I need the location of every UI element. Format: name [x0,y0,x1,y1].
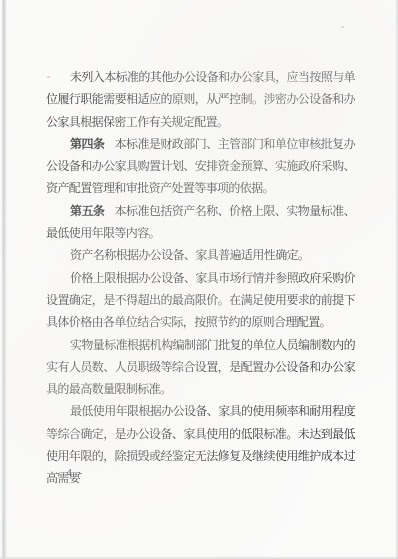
paragraph-text: 未列入本标准的其他办公设备和办公家具，应当按照与单位履行职能需要相适应的原则，从… [46,70,355,129]
document-page: 未列入本标准的其他办公设备和办公家具，应当按照与单位履行职能需要相适应的原则，从… [0,0,398,559]
body-paragraph: 最低使用年限根据办公设备、家具的使用频率和耐用程度等综合确定，是办公设备、家具使… [46,400,355,489]
body-paragraph-article-5: 第五条本标准包括资产名称、价格上限、实物量标准、最低使用年限等内容。 [46,200,355,245]
paragraph-text: 资产名称根据办公设备、家具普遍适用性确定。 [70,248,309,262]
scan-edge-left [0,0,7,559]
body-paragraph-article-4: 第四条本标准是财政部门、主管部门和单位审核批复办公设备和办公家具购置计划、安排资… [46,133,355,200]
article-number-label: 第四条 [70,137,104,151]
paragraph-text: 最低使用年限根据办公设备、家具的使用频率和耐用程度等综合确定，是办公设备、家具使… [46,404,355,485]
body-paragraph: 未列入本标准的其他办公设备和办公家具，应当按照与单位履行职能需要相适应的原则，从… [46,66,355,133]
paragraph-text: 实物量标准根据机构编制部门批复的单位人员编制数内的实有人员数、人员职级等综合设置… [46,338,355,397]
document-body: 未列入本标准的其他办公设备和办公家具，应当按照与单位履行职能需要相适应的原则，从… [46,66,355,490]
paragraph-text: 价格上限根据办公设备、家具市场行情并参照政府采购价设置确定，是不得超出的最高限价… [46,271,355,330]
body-paragraph: 价格上限根据办公设备、家具市场行情并参照政府采购价设置确定，是不得超出的最高限价… [46,267,355,334]
body-paragraph: 资产名称根据办公设备、家具普遍适用性确定。 [46,244,355,266]
scan-speck [341,26,344,28]
page-number: - 4 - [56,467,84,479]
article-number-label: 第五条 [70,204,104,218]
body-paragraph: 实物量标准根据机构编制部门批复的单位人员编制数内的实有人员数、人员职级等综合设置… [46,334,355,401]
